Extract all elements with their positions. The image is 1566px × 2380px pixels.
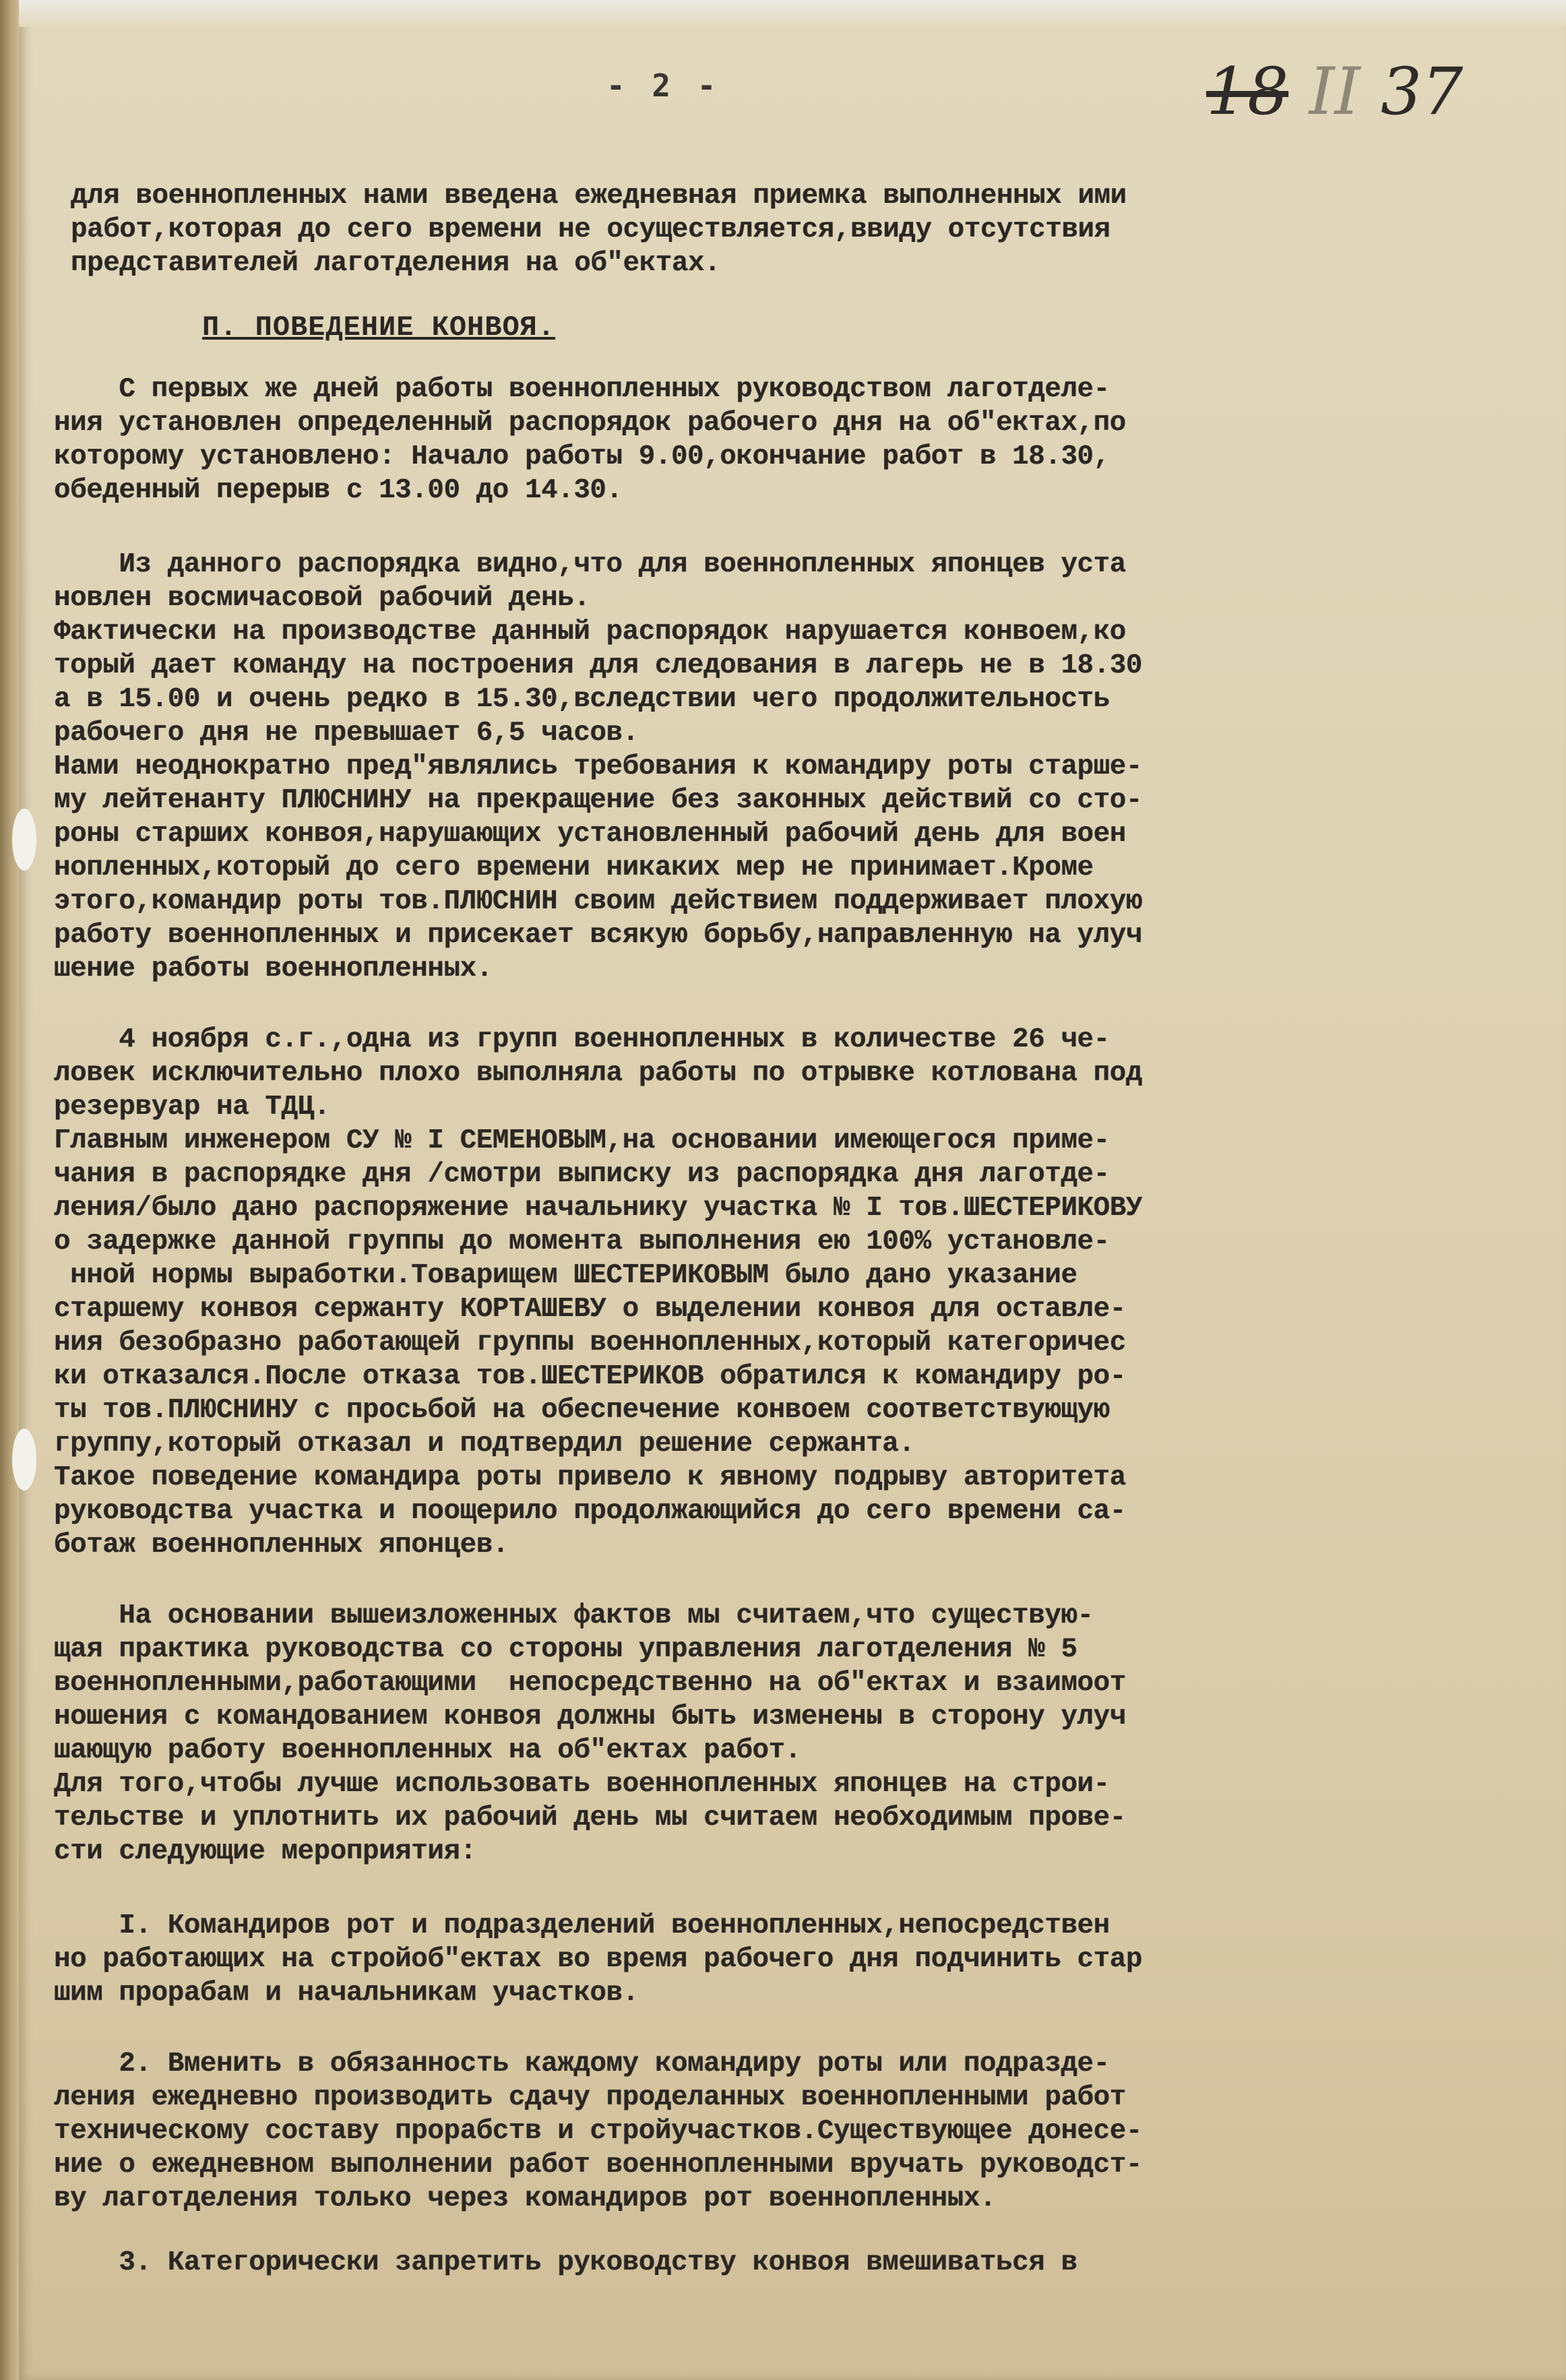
binding-edge <box>0 0 19 2380</box>
text-line: этого,командир роты тов.ПЛЮСНИН своим де… <box>54 886 1142 917</box>
page-number: - 2 - <box>606 67 720 104</box>
text-line: представителей лаготделения на об"ектах. <box>71 248 720 279</box>
text-line: которому установлено: Начало работы 9.00… <box>54 441 1110 472</box>
text-line: С первых же дней работы военнопленных ру… <box>54 374 1110 405</box>
measure-2-line: ву лаготделения только через командиров … <box>54 2183 996 2214</box>
punch-hole-lower <box>12 1429 36 1491</box>
text-line: а в 15.00 и очень редко в 15.30,вследств… <box>54 684 1110 715</box>
text-line: ния установлен определенный распорядок р… <box>54 408 1126 439</box>
measure-2-line: ления ежедневно производить сдачу продел… <box>54 2082 1126 2113</box>
text-line: Для того,чтобы лучше использовать военно… <box>54 1769 1110 1800</box>
text-line: чания в распорядке дня /смотри выписку и… <box>54 1159 1110 1190</box>
page-top-edge <box>19 0 1566 27</box>
text-line: рабочего дня не превышает 6,5 часов. <box>54 718 639 749</box>
text-line: для военнопленных нами введена ежедневна… <box>71 181 1127 212</box>
measure-3-line: 3. Категорически запретить руководству к… <box>54 2247 1077 2278</box>
struck-number: 18 <box>1206 54 1288 129</box>
text-line: резервуар на ТДЦ. <box>54 1092 330 1123</box>
measure-2-line: ние о ежедневном выполнении работ военно… <box>54 2150 1142 2181</box>
text-line: Нами неоднократно пред"являлись требован… <box>54 751 1142 782</box>
text-line: шающую работу военнопленных на об"ектах … <box>54 1735 801 1766</box>
text-line: 4 ноября с.г.,одна из групп военнопленны… <box>54 1024 1110 1055</box>
text-line: ки отказался.После отказа тов.ШЕСТЕРИКОВ… <box>54 1361 1126 1392</box>
text-line: ботаж военнопленных японцев. <box>54 1530 509 1561</box>
text-line: роны старших конвоя,нарушающих установле… <box>54 819 1126 850</box>
text-line: Фактически на производстве данный распор… <box>54 617 1126 648</box>
measure-2-line: техническому составу прорабств и стройуч… <box>54 2116 1142 2147</box>
faint-number: II <box>1309 54 1360 129</box>
text-line: Такое поведение командира роты привело к… <box>54 1462 1126 1493</box>
measure-1-line: шим прорабам и начальникам участков. <box>54 1978 639 2009</box>
text-line: работ,которая до сего времени не осущест… <box>71 214 1110 245</box>
text-line: му лейтенанту ПЛЮСНИНУ на прекращение бе… <box>54 785 1142 816</box>
archive-number: 37 <box>1381 54 1463 129</box>
text-line: о задержке данной группы до момента выпо… <box>54 1226 1110 1257</box>
text-line: сти следующие мероприятия: <box>54 1836 476 1867</box>
measure-1-line: I. Командиров рот и подразделений военно… <box>54 1910 1110 1941</box>
text-line: шение работы военнопленных. <box>54 953 493 984</box>
text-line: старшему конвоя сержанту КОРТАШЕВУ о выд… <box>54 1294 1126 1325</box>
text-line: ты тов.ПЛЮСНИНУ с просьбой на обеспечени… <box>54 1395 1110 1426</box>
text-line: группу,который отказал и подтвердил реше… <box>54 1429 915 1460</box>
text-line: ния безобразно работающей группы военноп… <box>54 1327 1126 1358</box>
text-line: новлен восмичасовой рабочий день. <box>54 583 590 614</box>
section-heading: П. ПОВЕДЕНИЕ КОНВОЯ. <box>202 311 555 344</box>
text-line: На основании вышеизложенных фактов мы сч… <box>54 1600 1094 1631</box>
measure-1-line: но работающих на стройоб"ектах во время … <box>54 1944 1142 1975</box>
text-line: ношения с командованием конвоя должны бы… <box>54 1701 1126 1732</box>
text-line: обеденный перерыв с 13.00 до 14.30. <box>54 475 623 506</box>
punch-hole-upper <box>12 809 36 871</box>
text-line: нопленных,который до сего времени никаки… <box>54 852 1094 883</box>
text-line: тельстве и уплотнить их рабочий день мы … <box>54 1803 1126 1834</box>
text-line: ления/было дано распоряжение начальнику … <box>54 1193 1142 1224</box>
document-page <box>19 0 1566 2380</box>
text-line: торый дает команду на построения для сле… <box>54 650 1142 681</box>
text-line: военнопленными,работающими непосредствен… <box>54 1668 1126 1699</box>
archive-number-handwritten: 18 II 37 <box>1206 54 1463 129</box>
text-line: работу военнопленных и присекает всякую … <box>54 920 1142 951</box>
text-line: Из данного распорядка видно,что для воен… <box>54 549 1126 580</box>
text-line: руководства участка и поощерило продолжа… <box>54 1496 1126 1527</box>
text-line: щая практика руководства со стороны упра… <box>54 1634 1077 1665</box>
measure-2-line: 2. Вменить в обязанность каждому команди… <box>54 2048 1110 2079</box>
text-line: Главным инженером СУ № I СЕМЕНОВЫМ,на ос… <box>54 1125 1110 1156</box>
text-line: ловек исключительно плохо выполняла рабо… <box>54 1058 1142 1089</box>
text-line: нной нормы выработки.Товарищем ШЕСТЕРИКО… <box>54 1260 1077 1291</box>
